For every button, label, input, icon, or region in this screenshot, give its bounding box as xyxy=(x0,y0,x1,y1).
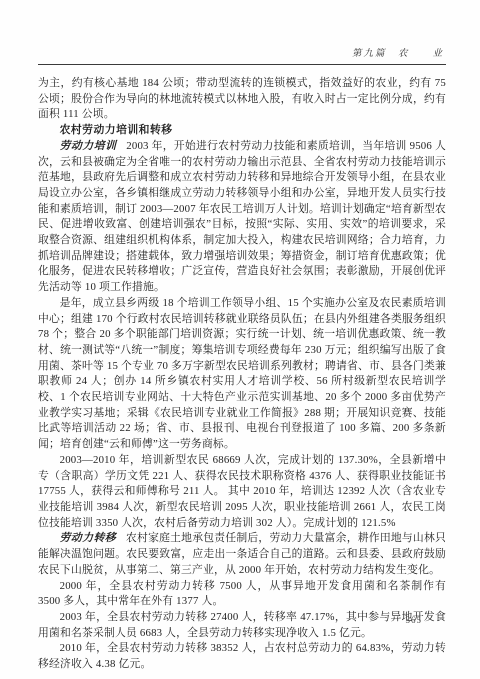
runin-heading-labor-transfer: 劳动力转移 xyxy=(60,532,117,544)
header-rule xyxy=(38,64,446,65)
paragraph-year-2010: 2010 年，全县农村劳动力转移 38352 人，占农村总劳动力的 64.83%… xyxy=(38,641,446,672)
paragraph-year-2003: 2003 年，全县农村劳动力转移 27400 人，转移率 47.17%，其中参与… xyxy=(38,610,446,641)
runin-heading-labor-training: 劳动力培训 xyxy=(60,140,117,152)
paragraph-that-year: 是年，成立县乡两级 18 个培训工作领导小组、15 个实施办公室及农民素质培训中… xyxy=(38,296,446,453)
book-page: 第九篇 农 业 为主，约有核心基地 184 公顷；带动型流转的连锁模式，指效益好… xyxy=(0,0,480,679)
running-header: 第九篇 农 业 xyxy=(38,48,446,60)
paragraph-labor-training-text: 2003 年，开始进行农村劳动力技能和素质培训，当年培训 9506 人次，云和县… xyxy=(38,140,446,293)
paragraph-labor-transfer: 劳动力转移农村家庭土地承包责任制后，劳动力大量富余，耕作田地与山林只能解决温饱问… xyxy=(38,531,446,578)
paragraph-training-results: 2003—2010 年，培训新型农民 68669 人次，完成计划的 137.30… xyxy=(38,453,446,532)
page-number: 365 xyxy=(406,615,423,625)
page-content: 第九篇 农 业 为主，约有核心基地 184 公顷；带动型流转的连锁模式，指效益好… xyxy=(38,48,446,673)
paragraph-carryover: 为主，约有核心基地 184 公顷；带动型流转的连锁模式，指效益好的农业，约有 7… xyxy=(38,76,446,123)
body-text: 为主，约有核心基地 184 公顷；带动型流转的连锁模式，指效益好的农业，约有 7… xyxy=(38,76,446,673)
paragraph-year-2000: 2000 年，全县农村劳动力转移 7500 人，从事异地开发食用菌和名茶制作有 … xyxy=(38,579,446,610)
section-heading: 农村劳动力培训和转移 xyxy=(38,123,446,139)
paragraph-labor-training: 劳动力培训2003 年，开始进行农村劳动力技能和素质培训，当年培训 9506 人… xyxy=(38,139,446,296)
